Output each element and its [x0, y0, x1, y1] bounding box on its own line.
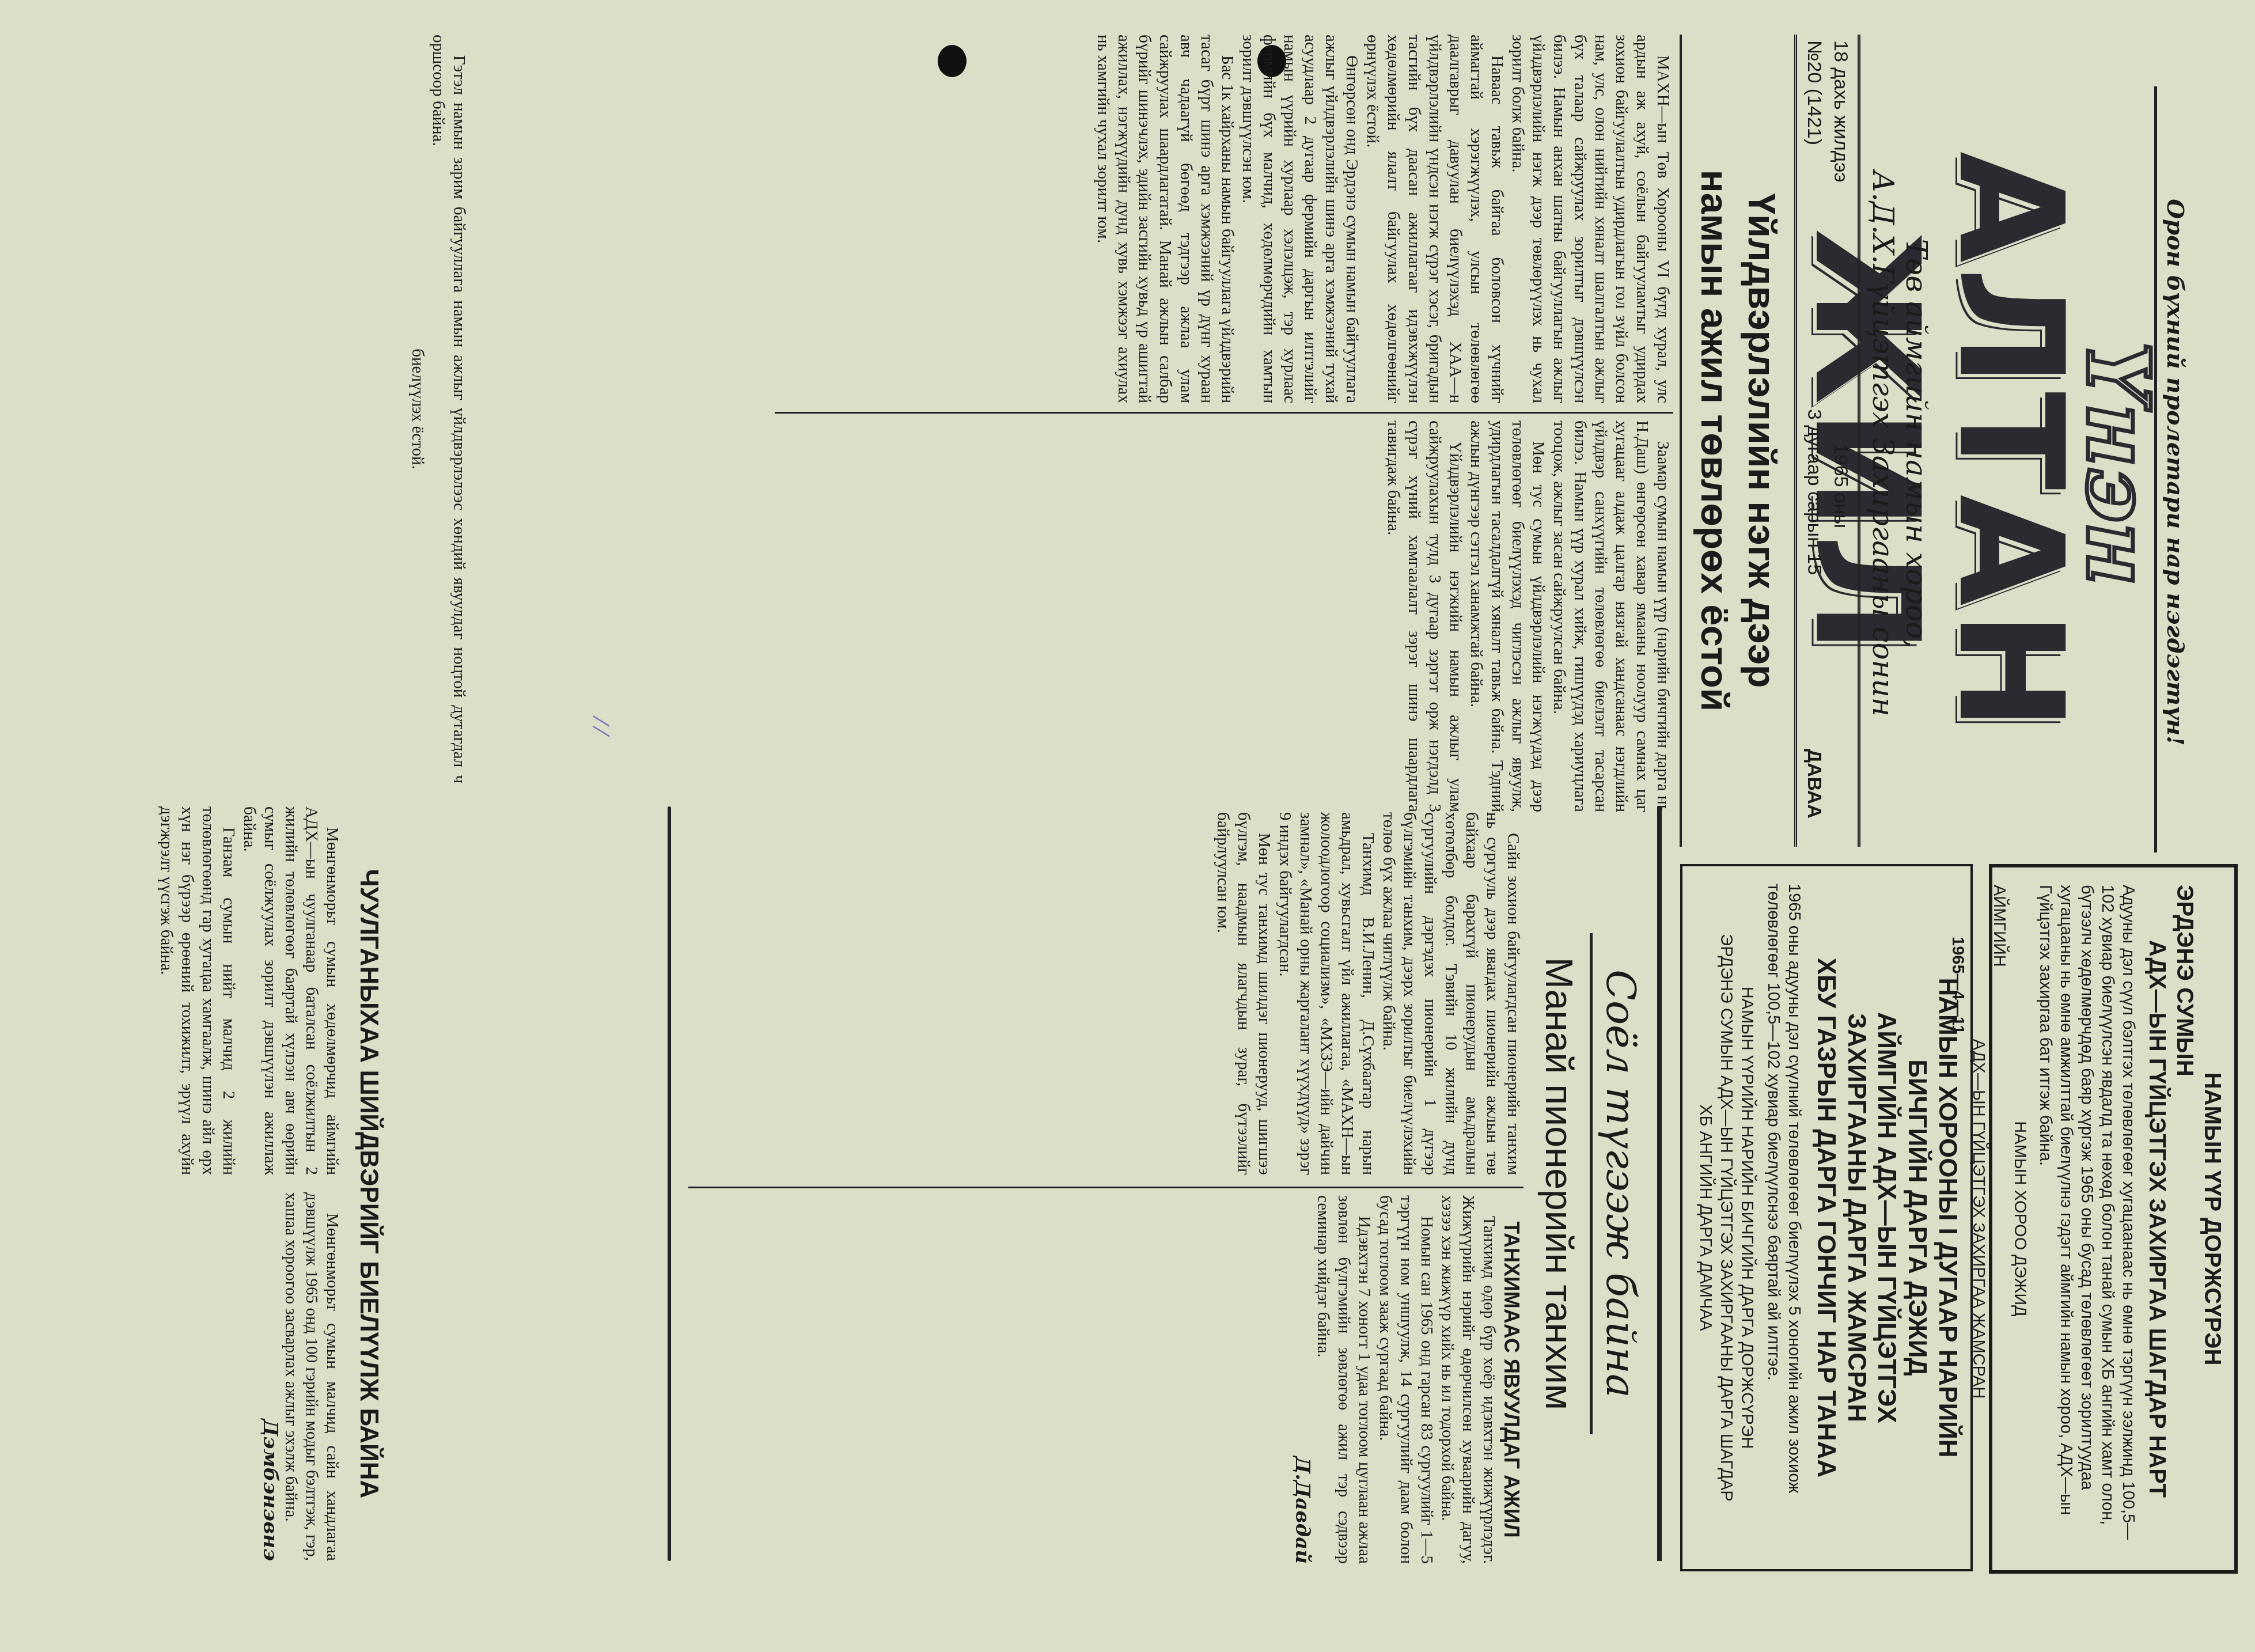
lead-headline: Үйлдвэрлэлийн нэгж дээр намын ажил төвлө… [1691, 35, 1786, 847]
culture-paragraph: Танхимд В.И.Ленин, Д.Сүхбаатар нарын амь… [1275, 812, 1378, 1175]
culture-kicker: Соёл түгээж байна [1597, 852, 1644, 1515]
culture-paragraph: Идэвхтэн 7 хоногт 1 удаа тоглоом цуглаан… [1313, 1195, 1375, 1564]
subtitle-line-2: А.Д.Х.Гүйцэтгэх Захиргааны сонин [1866, 69, 1900, 818]
lead-column-1: МАХН—ын Төв Хорооны VI бүгд хурал, улс а… [775, 35, 1673, 403]
announcement-1-body: Адууны дэл сүүл бэлтгэх төлөвлөгөөг хуга… [2030, 867, 2143, 1570]
meeting-headline: ЧУУЛГАНЫХАА ШИЙДВЭРИЙГ БИЕЛҮҮЛЖ БАЙНА [354, 806, 383, 1561]
culture-paragraph: Номын сан 1965 онд гарсан 83 сургуулийг … [1375, 1195, 1437, 1564]
dateline-volume: 18 дахь жилдээ [1829, 40, 1852, 183]
announcement-1-sign-org: АЙМГИЙН [1989, 867, 2010, 1570]
column-divider [688, 1187, 1523, 1188]
lead-paragraph: МАХН—ын Төв Хорооны VI бүгд хурал, улс а… [1507, 35, 1673, 403]
announcement-box-1: НАМЫН ҮҮР ДОРЖСҮРЭН ЭРДЭНЭ СУМЫН АДХ—ЫН … [1989, 864, 2238, 1574]
meeting-paragraph: Мөнгөнморьт сумын малчид сайн хандлагаа … [281, 1192, 343, 1561]
lead-paragraph: Үйлдвэрлэлийн нэгжийн намын ажлыг улам с… [1383, 420, 1466, 812]
meeting-paragraph: Ганзам сумын нийт малчид 2 жилийн төлөвл… [156, 806, 239, 1175]
announcement-2-heading: НАМЫН ХОРООНЫ I ДУГААР НАРИЙН БИЧГИЙН ДА… [1810, 866, 1962, 1569]
announcement-1-sign-1: НАМЫН ХОРОО ДЭЖИД [2010, 867, 2030, 1570]
dateline-issue: №20 (1421) [1803, 40, 1825, 145]
announcement-1-heading-line: АДХ—ЫН ГҮЙЦЭТГЭХ ЗАХИРГАА ШАГДАР НАРТ [2143, 867, 2171, 1570]
column-divider [775, 412, 1673, 414]
meeting-column-1: Мөнгөнморьт сумын хөдөлмөрчид аймгийн АД… [20, 806, 343, 1175]
culture-paragraph: Сайн зохион байгуулагдсан пионерийн танх… [1378, 812, 1523, 1175]
announcement-1-heading-line: НАМЫН ҮҮР ДОРЖСҮРЭН [2199, 867, 2226, 1570]
culture-headline: Манай пионерийн танхим [1537, 806, 1581, 1561]
lead-column-2: Заамар сумын намын үүр (нарийн бичгийн д… [775, 420, 1673, 812]
announcement-2-heading-line: БИЧГИЙН ДАРГА ДЭЖИД [1901, 866, 1932, 1569]
lead-paragraph: Мөн тус сумын үйлдвэрлэлийн нэгжүүдэд дэ… [1466, 420, 1549, 812]
announcement-2-heading-line: ЗАХИРГААНЫ ДАРГА ЖАМСРАН [1841, 866, 1871, 1569]
dateline-date: 3 дугаар сарын 15 [1803, 409, 1825, 575]
culture-paragraph: Мөн тус танхимд шилдэг пионерууд, шигшээ… [1212, 812, 1275, 1175]
meeting-signature: Дэмбэнэвнэ [260, 1192, 281, 1561]
lead-rule [1680, 35, 1682, 847]
culture-subheading: ТАНХИМААС ЯВУУЛДАГ АЖИЛ [1499, 1195, 1523, 1564]
announcement-2-heading-line: АЙМГИЙН АДХ—ЫН ГҮЙЦЭТГЭХ [1871, 866, 1902, 1569]
lead-paragraph: Заамар сумын намын үүр (нарийн бичгийн д… [1549, 420, 1673, 812]
meeting-top-rule [668, 806, 671, 1561]
meeting-preface: Гэтэл намын зарим байгууллага намын ажлы… [383, 35, 469, 783]
announcement-2-sign-3: ХБ АНГИЙН ДАРГА ДАМЧАА [1695, 866, 1716, 1569]
lead-continuation [498, 35, 757, 783]
newspaper-page: Орон бүхний пролетари нар нэгдэгтүн! Үнэ… [0, 0, 2255, 1652]
lead-headline-line-1: Үйлдвэрлэлийн нэгж дээр [1738, 35, 1786, 847]
dateline-weekday: ДАВАА [1803, 749, 1825, 819]
culture-column-2: ТАНХИМААС ЯВУУЛДАГ АЖИЛ Танхимд өдөр бүр… [688, 1195, 1523, 1564]
announcement-2-body: 1965 оны адууны дэл сүүлний төлөвлөгөөг … [1757, 866, 1810, 1569]
masthead-subtitle: Төв аймгийн намын хороо, А.Д.Х.Гүйцэтгэх… [1866, 69, 1932, 818]
announcement-box-2: НАМЫН ХОРООНЫ I ДУГААР НАРИЙН БИЧГИЙН ДА… [1680, 864, 1973, 1571]
dateline-year: 1965 оны [1829, 444, 1852, 528]
announcement-1-heading-line: ЭРДЭНЭ СУМЫН [2171, 867, 2199, 1570]
lead-paragraph: Бас 1к хайрханы намын байгууллага үйлдвэ… [1093, 35, 1238, 403]
subtitle-line-1: Төв аймгийн намын хороо, [1900, 69, 1933, 818]
announcement-2-sign-1: НАМЫН ҮҮРИЙН НАРИЙН БИЧГИЙН ДАРГА ДОРЖСҮ… [1737, 866, 1757, 1569]
announcement-2-heading-line: ХБУ ГАЗРЫН ДАРГА ГОНЧИГ НАР ТАНАА [1810, 866, 1841, 1569]
dateline-rule-bottom [1794, 35, 1797, 847]
culture-top-rule [1657, 806, 1662, 1561]
announcement-2-heading-line: НАМЫН ХОРООНЫ I ДУГААР НАРИЙН [1932, 866, 1962, 1569]
meeting-column-2: Мөнгөнморьт сумын малчид сайн хандлагаа … [20, 1192, 343, 1561]
dateline: 18 дахь жилдээ №20 (1421) 1965 оны 3 дуг… [1800, 40, 1852, 847]
announcement-1-heading: НАМЫН ҮҮР ДОРЖСҮРЭН ЭРДЭНЭ СУМЫН АДХ—ЫН … [2143, 867, 2226, 1570]
lead-headline-line-2: намын ажил төвлөрөх ёстой [1691, 35, 1738, 847]
culture-column-1: Сайн зохион байгуулагдсан пионерийн танх… [688, 812, 1523, 1175]
meeting-paragraph: Мөнгөнморьт сумын хөдөлмөрчид аймгийн АД… [239, 806, 343, 1175]
culture-signature: Д.Давдай [1292, 1195, 1313, 1564]
lead-paragraph: Өнгөрсөн онд Эрдэнэ сумын намын байгуулл… [1238, 35, 1362, 403]
ink-mark: ⁄ ⁄ [588, 720, 613, 734]
lead-paragraph: Наваас тавьж байгаа боловсон хүчнийг айм… [1362, 35, 1507, 403]
culture-paragraph: Танхимд өдөр бүр хоёр идэвхтэн жижүүрлэд… [1437, 1195, 1499, 1564]
kicker-underline [1590, 933, 1593, 1434]
meeting-closing: биелүүлэх ёстой. [407, 35, 428, 783]
meeting-paragraph: Гэтэл намын зарим байгууллага намын ажлы… [428, 35, 469, 783]
dateline-rule-top [1858, 35, 1860, 847]
announcement-2-sign-2: ЭРДЭНЭ СУМЫН АДХ—ЫН ГҮЙЦЭТГЭХ ЗАХИРГААНЫ… [1716, 866, 1737, 1569]
